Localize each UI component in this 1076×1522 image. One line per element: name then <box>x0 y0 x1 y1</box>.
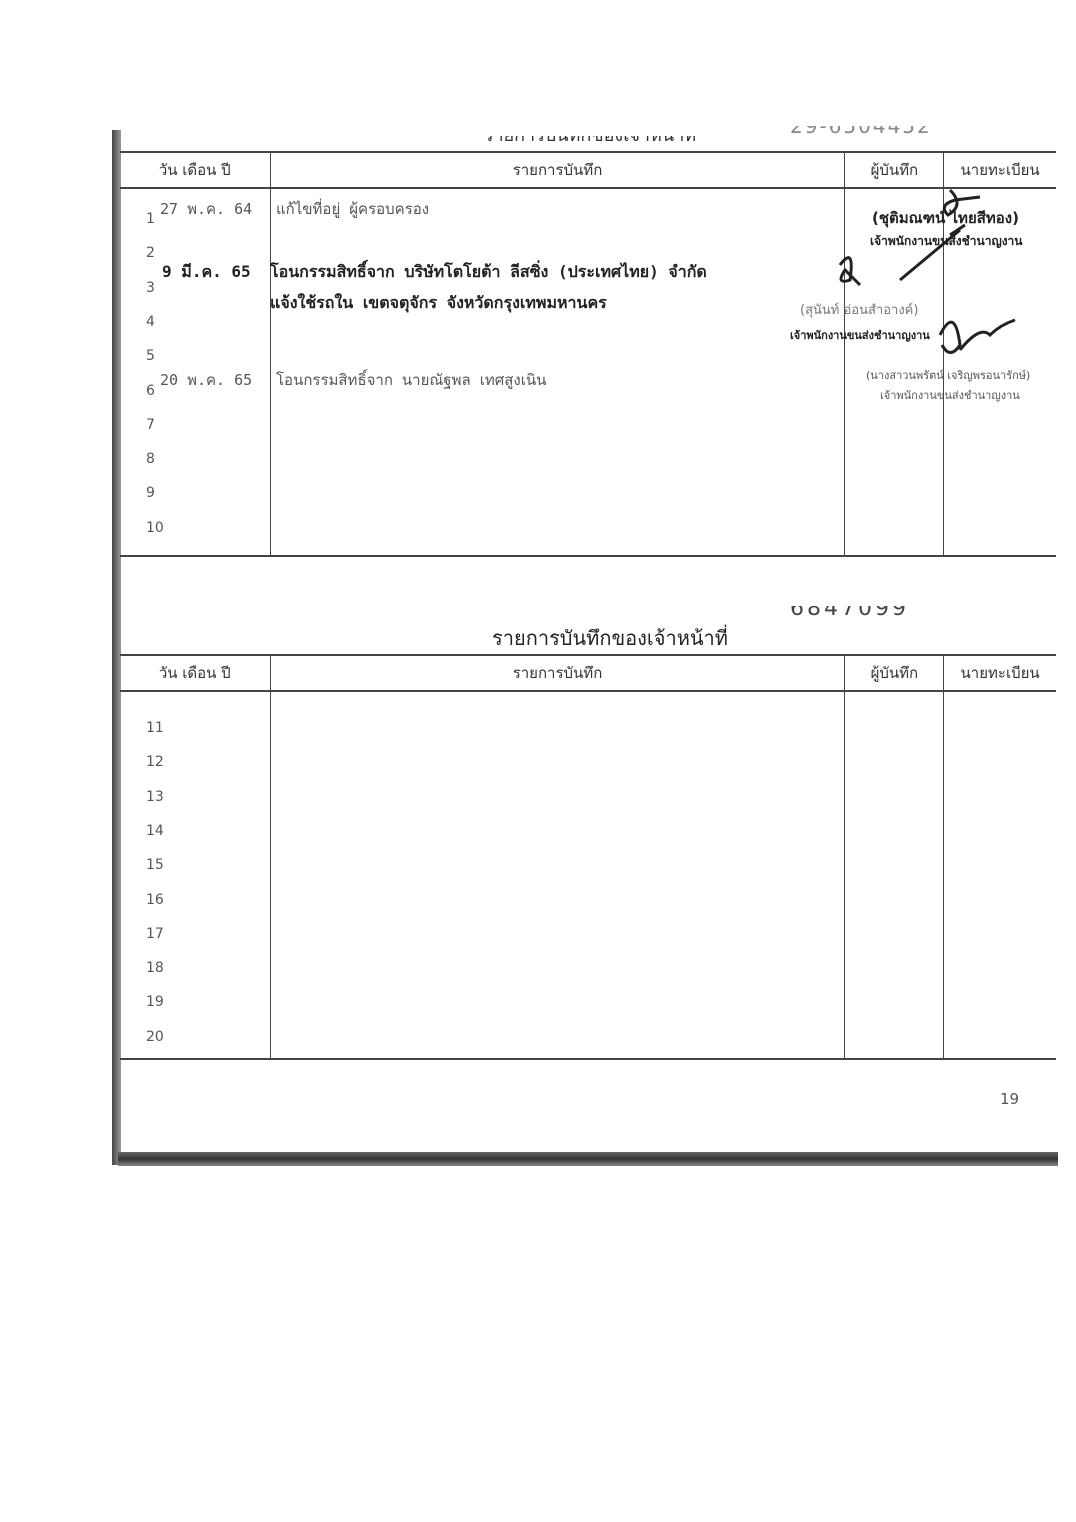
entry-3-date: 20 พ.ค. 65 <box>160 368 252 392</box>
registrar-column <box>944 691 1056 1059</box>
line-number: 14 <box>146 823 164 839</box>
line-number: 12 <box>146 754 164 770</box>
header-date: วัน เดือน ปี <box>120 655 270 691</box>
entry-1-date: 27 พ.ค. 64 <box>160 197 252 221</box>
header-recorder: ผู้บันทึก <box>845 655 944 691</box>
header-date: วัน เดือน ปี <box>120 152 270 188</box>
line-number: 20 <box>146 1029 164 1045</box>
page-number: 19 <box>1000 1090 1019 1108</box>
line-number: 5 <box>146 348 155 364</box>
entry-column <box>270 691 845 1059</box>
signature-3-title: เจ้าพนักงานขนส่งชำนาญงาน <box>880 386 1020 404</box>
bottom-section-title: รายการบันทึกของเจ้าหน้าที่ <box>380 622 840 654</box>
top-serial-number: 29-6504452 <box>790 114 932 138</box>
bottom-record-table: วัน เดือน ปี รายการบันทึก ผู้บันทึก นายท… <box>120 654 1056 1060</box>
line-number: 19 <box>146 994 164 1010</box>
handwritten-signatures-icon <box>830 185 1040 375</box>
table-header-row: วัน เดือน ปี รายการบันทึก ผู้บันทึก นายท… <box>120 655 1056 691</box>
line-number: 17 <box>146 926 164 942</box>
header-registrar: นายทะเบียน <box>944 152 1056 188</box>
line-number: 10 <box>146 520 164 536</box>
line-number: 18 <box>146 960 164 976</box>
line-number: 13 <box>146 789 164 805</box>
header-recorder: ผู้บันทึก <box>845 152 944 188</box>
line-number: 7 <box>146 417 155 433</box>
line-number: 1 <box>146 211 155 227</box>
table-body-row: 11121314151617181920 <box>120 691 1056 1059</box>
entry-1-text: แก้ไขที่อยู่ ผู้ครอบครอง <box>276 197 429 221</box>
line-number: 16 <box>146 892 164 908</box>
recorder-column <box>845 691 944 1059</box>
header-entry: รายการบันทึก <box>270 152 845 188</box>
line-number: 11 <box>146 720 164 736</box>
line-number: 3 <box>146 280 155 296</box>
line-number: 15 <box>146 857 164 873</box>
date-column: 11121314151617181920 <box>120 691 270 1059</box>
table-header-row: วัน เดือน ปี รายการบันทึก ผู้บันทึก นายท… <box>120 152 1056 188</box>
line-number: 8 <box>146 451 155 467</box>
entry-3-text: โอนกรรมสิทธิ์จาก นายณัฐพล เทศสูงเนิน <box>276 368 546 392</box>
entry-2-date: 9 มี.ค. 65 <box>162 260 251 285</box>
line-number: 2 <box>146 245 155 261</box>
line-number: 4 <box>146 314 155 330</box>
line-number: 6 <box>146 383 155 399</box>
header-entry: รายการบันทึก <box>270 655 845 691</box>
entry-2-continuation: แจ้งใช้รถใน เขตจตุจักร จังหวัดกรุงเทพมหา… <box>270 291 607 316</box>
entry-2-text: โอนกรรมสิทธิ์จาก บริษัทโตโยต้า ลีสซิ่ง (… <box>270 260 707 285</box>
page-bottom-edge <box>118 1152 1058 1166</box>
line-number: 9 <box>146 485 155 501</box>
header-registrar: นายทะเบียน <box>944 655 1056 691</box>
